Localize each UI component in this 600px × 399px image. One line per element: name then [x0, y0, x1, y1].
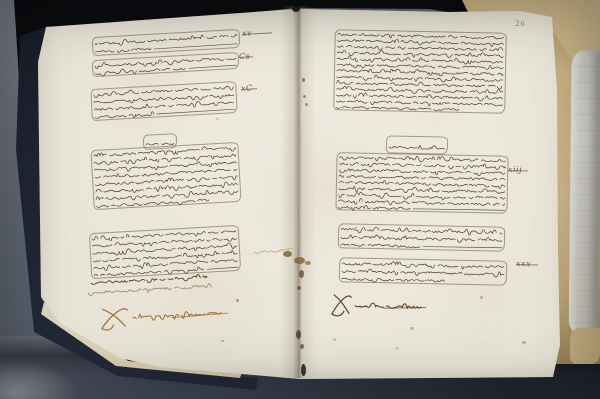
stain	[303, 95, 306, 98]
stain	[301, 364, 306, 376]
stain	[297, 286, 301, 290]
heading-cartouche	[386, 135, 448, 154]
parchment-fold	[570, 328, 600, 364]
manuscript-photo: xv Cs xC xiij xxx 26	[0, 0, 600, 399]
parchment-slip	[569, 50, 600, 334]
stain	[292, 6, 300, 12]
stain	[300, 344, 304, 349]
stain	[522, 341, 526, 344]
stain	[305, 261, 311, 265]
manuscript-entry	[335, 152, 508, 214]
folio-number: 26	[515, 20, 526, 28]
stain	[355, 227, 357, 229]
cloth-highlight	[0, 360, 78, 399]
stain	[296, 330, 301, 339]
stain	[302, 78, 305, 82]
stain	[216, 118, 219, 120]
stain	[305, 103, 308, 106]
manuscript-entry	[339, 257, 507, 286]
stain	[221, 340, 224, 342]
stain	[333, 338, 336, 341]
stain	[410, 327, 414, 330]
gutter	[280, 6, 316, 378]
manuscript-entry	[338, 223, 505, 251]
stain	[480, 296, 483, 299]
manuscript-entry	[89, 225, 241, 279]
stain	[299, 270, 304, 278]
manuscript-entry	[333, 29, 507, 114]
stain	[283, 251, 292, 257]
stain	[236, 299, 239, 302]
stain	[395, 347, 399, 350]
stain	[294, 257, 305, 264]
manuscript-entry	[90, 142, 241, 210]
summa-line	[329, 291, 430, 319]
